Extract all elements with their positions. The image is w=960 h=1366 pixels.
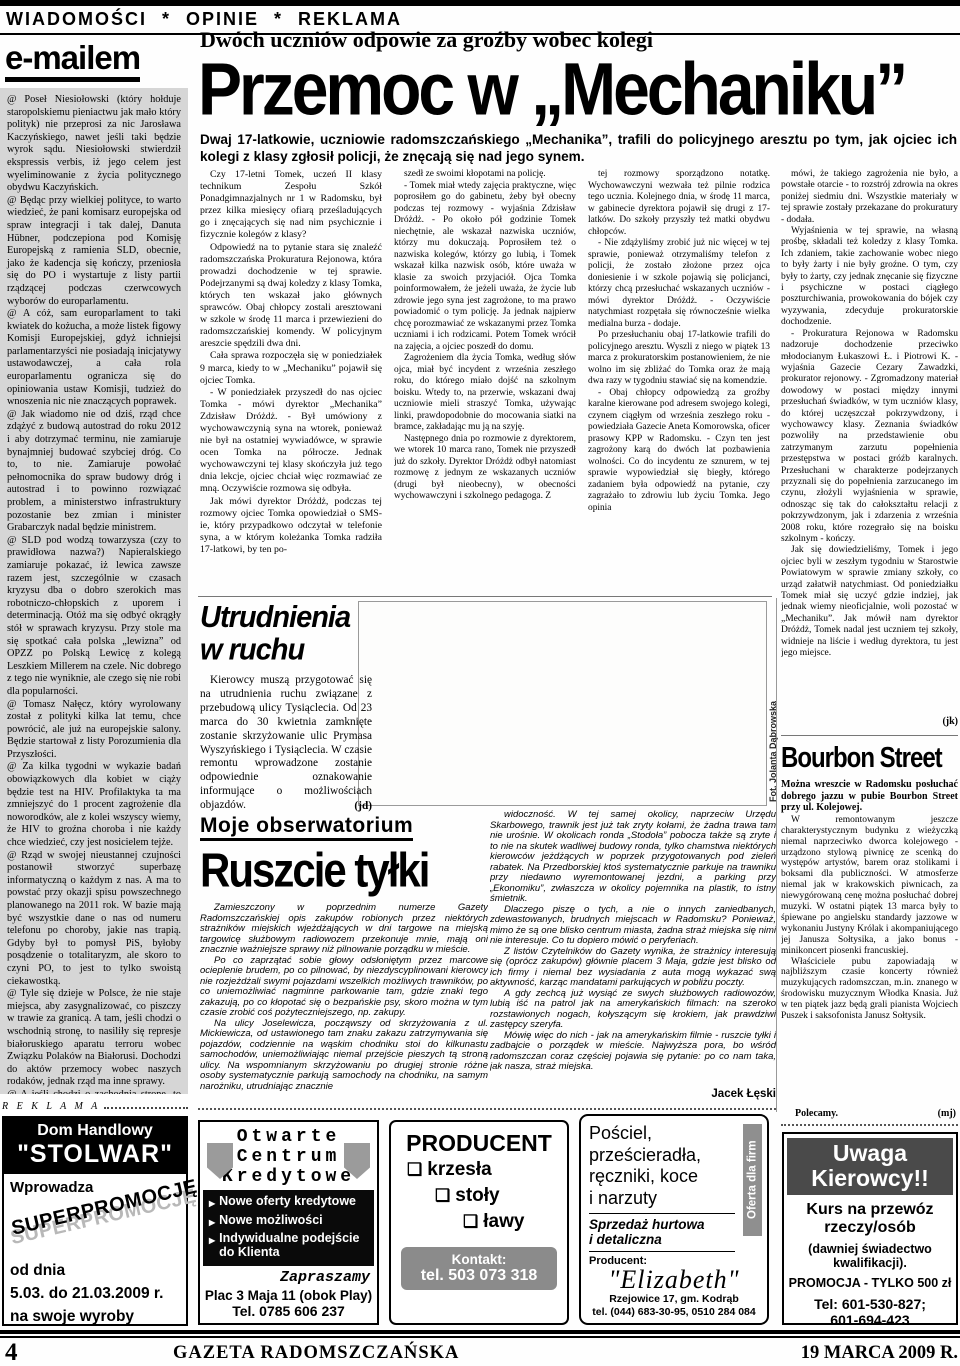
bourbon-lead: Można wreszcie w Radomsku posłuchać dobr… [781,779,958,814]
credit-offer-item: ▶Indywidualne podejście do Klienta [209,1232,370,1259]
bourbon-byline: (mj) [938,1108,956,1119]
oped-text-right: widoczność. W tej samej okolicy, naprzec… [490,810,776,1073]
elizabeth-offer-tab: Oferta dla firm [743,1124,762,1236]
article-paragraph: Zagrożeniem dla życia Tomka, według słów… [394,353,576,434]
elizabeth-brand: "Elizabeth" [589,1267,759,1293]
reklama-label: R E K L A M A [2,1101,100,1112]
email-paragraph: @ A cóż, sam europarlament to taki kwiat… [7,308,181,409]
article-paragraph: Cała sprawa rozpoczęła się w poniedziałe… [200,350,382,386]
reklama-dots [104,1106,188,1109]
oped-paragraph: Z listów Czytelników do Gazety wynika, ż… [490,947,776,989]
email-column: @ Poseł Niesiołowski (który hołduje star… [0,88,188,1094]
ad-uwaga-kierowcy: Uwaga Kierowcy!! Kurs na przewóz rzeczy/… [782,1132,958,1325]
bourbon-paragraph: W remontowanym jeszcze charakterystyczny… [781,815,958,957]
oped-left-column: Moje obserwatorium Ruszcie tyłki Zamiesz… [200,814,488,1092]
paper-name: GAZETA RADOMSZCZAŃSKA [173,1343,459,1364]
email-paragraph: @ Tyle się dzieje w Polsce, że nie staje… [7,988,181,1089]
email-column-title: e-mailem [5,40,140,82]
article-paragraph: Odpowiedź na to pytanie stara się znaleź… [200,242,382,351]
credit-center-address: Plac 3 Maja 11 (obok Play) [203,1288,374,1303]
credit-offer-item-label: Nowe oferty kredytowe [219,1195,356,1211]
ad-producent: PRODUCENT ❑krzesła❑stoły❑ławy Kontakt: t… [389,1120,569,1325]
producent-title: PRODUCENT [395,1130,563,1157]
email-paragraph: @ Tomasz Nałęcz, który wyrolowany został… [7,699,181,762]
credit-offer-item-label: Indywidualne podejście do Klienta [219,1232,370,1259]
page-number: 4 [5,1339,18,1366]
stolwar-header-line2: "STOLWAR" [4,1140,186,1169]
article-paragraph: - Prokuratura Rejonowa w Radomsku nadzor… [781,329,958,546]
article-paragraph: Wyjaśnienia w tej sprawie, na własną pro… [781,226,958,329]
article-paragraph: - Tomek miał wtedy zajęcia praktyczne, w… [394,181,576,354]
ad-elizabeth: Pościel, prześcieradła, ręczniki, koce i… [579,1114,769,1325]
top-bar [0,0,960,6]
credit-center-title-block: Otwarte Centrum Kredytowe [203,1125,374,1190]
uwaga-course: Kurs na przewóz rzeczy/osób [787,1201,953,1237]
email-paragraph: @ Poseł Niesiołowski (który hołduje star… [7,94,181,195]
issue-date: 19 MARCA 2009 R. [790,1343,958,1364]
article-paragraph: szedł ze swoimi kłopotami na policję. [394,169,576,181]
email-paragraph: @ SLD pod wodzą towarzysza (czy to prawi… [7,535,181,699]
footer-rule-thick [0,1330,960,1334]
credit-offer-item: ▶Nowe możliwości [209,1214,370,1230]
article-column-3: tej rozmowy sporządzono notatkę. Wychowa… [588,169,770,514]
email-paragraph: @ Za kilka tygodni w wykazie badań obowi… [7,761,181,849]
producent-item-label: stoły [455,1183,499,1209]
oped-text-left: Zamieszczony w poprzednim numerze Gazety… [200,903,488,1092]
elizabeth-phone: tel. (044) 683-30-95, 0510 284 084 [589,1306,759,1319]
article-column-2: szedł ze swoimi kłopotami na policję.- T… [394,169,576,503]
bourbon-paragraph: Właściciele pubu zapowiadają w najbliższ… [781,957,958,1022]
oped-paragraph: Mówię więc do nich - jak na amerykańskim… [490,1031,776,1073]
credit-center-phone: Tel. 0785 606 237 [203,1303,374,1319]
email-paragraph: @ Rząd w swojej nieustannej czujności po… [7,850,181,989]
oped-paragraph: Zamieszczony w poprzednim numerze Gazety… [200,903,488,956]
checkbox-icon: ❑ [435,1183,450,1209]
article-paragraph: - W poniedziałek przyszedł do nas ojciec… [200,387,382,496]
checkbox-icon: ❑ [407,1157,422,1183]
elizabeth-address: Rzejowice 17, gm. Kodrąb [589,1293,759,1306]
email-paragraphs: @ Poseł Niesiołowski (który hołduje star… [7,94,181,1094]
oped-headline: Ruszcie tyłki [200,845,488,896]
producent-item-label: ławy [483,1209,524,1235]
ad-stolwar: Dom Handlowy "STOLWAR" Wprowadza SUPERPR… [2,1116,188,1326]
article-lead: Dwaj 17-latkowie, uczniowie radomszczańs… [200,131,957,165]
article-paragraph: - Obaj chłopcy odpowiedzą za groźby kara… [588,388,770,515]
producent-items: ❑krzesła❑stoły❑ławy [395,1157,563,1235]
oped-paragraph: A gdy zechcą już wysiąć ze swych służbow… [490,989,776,1031]
article-byline: (jk) [781,716,958,727]
email-paragraph: @ A jeśli chodzi o zachodnią stronę, to … [7,1089,181,1094]
oped-section-header: Moje obserwatorium [200,814,413,841]
article-paragraph: Czy 17-letni Tomek, uczeń II klasy techn… [200,169,382,242]
producent-contact: Kontakt: tel. 503 073 318 [401,1247,557,1290]
oped-paragraph: Na ulicy Joselewicza, począwszy od skrzy… [200,1019,488,1093]
oped-paragraph: widoczność. W tej samej okolicy, naprzec… [490,810,776,905]
divider [589,1213,735,1214]
article-column-4: mówi, że takiego zagrożenia nie było, a … [781,169,958,659]
email-paragraph: @ Będąc przy wielkiej polityce, to warto… [7,195,181,308]
producent-item: ❑ławy [395,1209,563,1235]
stolwar-header: Dom Handlowy "STOLWAR" [4,1118,186,1174]
oped-paragraph: Dlaczego piszę o tych, a nie o innych za… [490,905,776,947]
producent-item: ❑krzesła [395,1157,563,1183]
bullet-arrow-icon: ▶ [209,1234,215,1259]
divider [589,1251,735,1252]
elizabeth-wholesale: Sprzedaż hurtowa i detaliczna [589,1217,759,1247]
producent-item-label: krzesła [427,1157,491,1183]
stolwar-header-line1: Dom Handlowy [4,1122,186,1140]
traffic-notice-title: Utrudnienia w ruchu [200,602,372,667]
photo-credit: Fot. Jolanta Dąbrowska [768,612,778,802]
oped-signature: Jacek Łęski [490,1088,776,1100]
producent-contact-label: Kontakt: [403,1252,555,1267]
traffic-notice: Utrudnienia w ruchu Kierowcy muszą przyg… [200,602,372,814]
bullet-arrow-icon: ▶ [209,1216,215,1230]
article-paragraph: Po przesłuchaniu obaj 17-latkowie trafil… [588,330,770,388]
credit-offer-item: ▶Nowe oferty kredytowe [209,1195,370,1211]
traffic-notice-text: Kierowcy muszą przygotować się na utrudn… [200,674,372,813]
elizabeth-products: Pościel, prześcieradła, ręczniki, koce i… [589,1123,759,1209]
bourbon-street-article: Bourbon Street Można wreszcie w Radomsku… [781,735,958,1121]
dotted-separator-right [781,1124,958,1126]
dotted-separator [198,1108,776,1110]
email-paragraph: @ Jak wiadomo nie od dziś, rząd chce zdą… [7,409,181,535]
producent-phone: tel. 503 073 318 [403,1267,555,1285]
uwaga-header: Uwaga Kierowcy!! [787,1138,953,1195]
newspaper-page: WIADOMOŚCI * OPINIE * REKLAMA e-mailem @… [0,0,960,1366]
article-paragraph: - Nie zdążyliśmy zrobić już nic więcej w… [588,238,770,330]
reklama-row: R E K L A M A [2,1101,188,1112]
uwaga-phone: Tel: 601-530-827; 601-694-423 [787,1296,953,1328]
credit-center-welcome: Zapraszamy [203,1269,370,1286]
bourbon-closing: Polecamy. (mj) [781,1108,958,1121]
bourbon-body: W remontowanym jeszcze charakterystyczny… [781,815,958,1108]
credit-center-offers: ▶Nowe oferty kredytowe▶Nowe możliwości▶I… [203,1190,374,1266]
article-column-1: Czy 17-letni Tomek, uczeń II klasy techn… [200,169,382,556]
article-paragraph: Następnego dnia po rozmowie z dyrektorem… [394,434,576,503]
producent-item: ❑stoły [395,1183,563,1209]
traffic-notice-body: Kierowcy muszą przygotować się na utrudn… [200,674,372,814]
bourbon-closing-text: Polecamy. [795,1108,838,1119]
horizontal-rule [198,596,772,597]
article-headline: Przemoc w „Mechaniku” [198,52,960,126]
uwaga-promo: PROMOCJA - TYLKO 500 zł [787,1276,953,1290]
stolwar-dates: od dnia 5.03. do 21.03.2009 r. na swoje … [10,1259,186,1328]
article-paragraph: mówi, że takiego zagrożenia nie było, a … [781,169,958,226]
article-paragraph: Jak mówi dyrektor Dróżdż, podczas tej ro… [200,496,382,556]
article-paragraph: tej rozmowy sporządzono notatkę. Wychowa… [588,169,770,238]
credit-offer-item-label: Nowe możliwości [219,1214,323,1230]
bourbon-headline: Bourbon Street [781,742,958,776]
article-paragraph: Jak się dowiedzieliśmy, Tomek i jego ojc… [781,545,958,659]
checkbox-icon: ❑ [463,1209,478,1235]
ad-credit-center: Otwarte Centrum Kredytowe ▶Nowe oferty k… [198,1120,379,1325]
oped-paragraph: Po co zaprzątać sobie głowy odsłoniętym … [200,956,488,1019]
uwaga-qualification: (dawniej świadectwo kwalifikacji). [787,1242,953,1270]
footer-rule-thin [0,1336,960,1338]
article-photo [358,601,767,806]
bullet-arrow-icon: ▶ [209,1197,215,1211]
